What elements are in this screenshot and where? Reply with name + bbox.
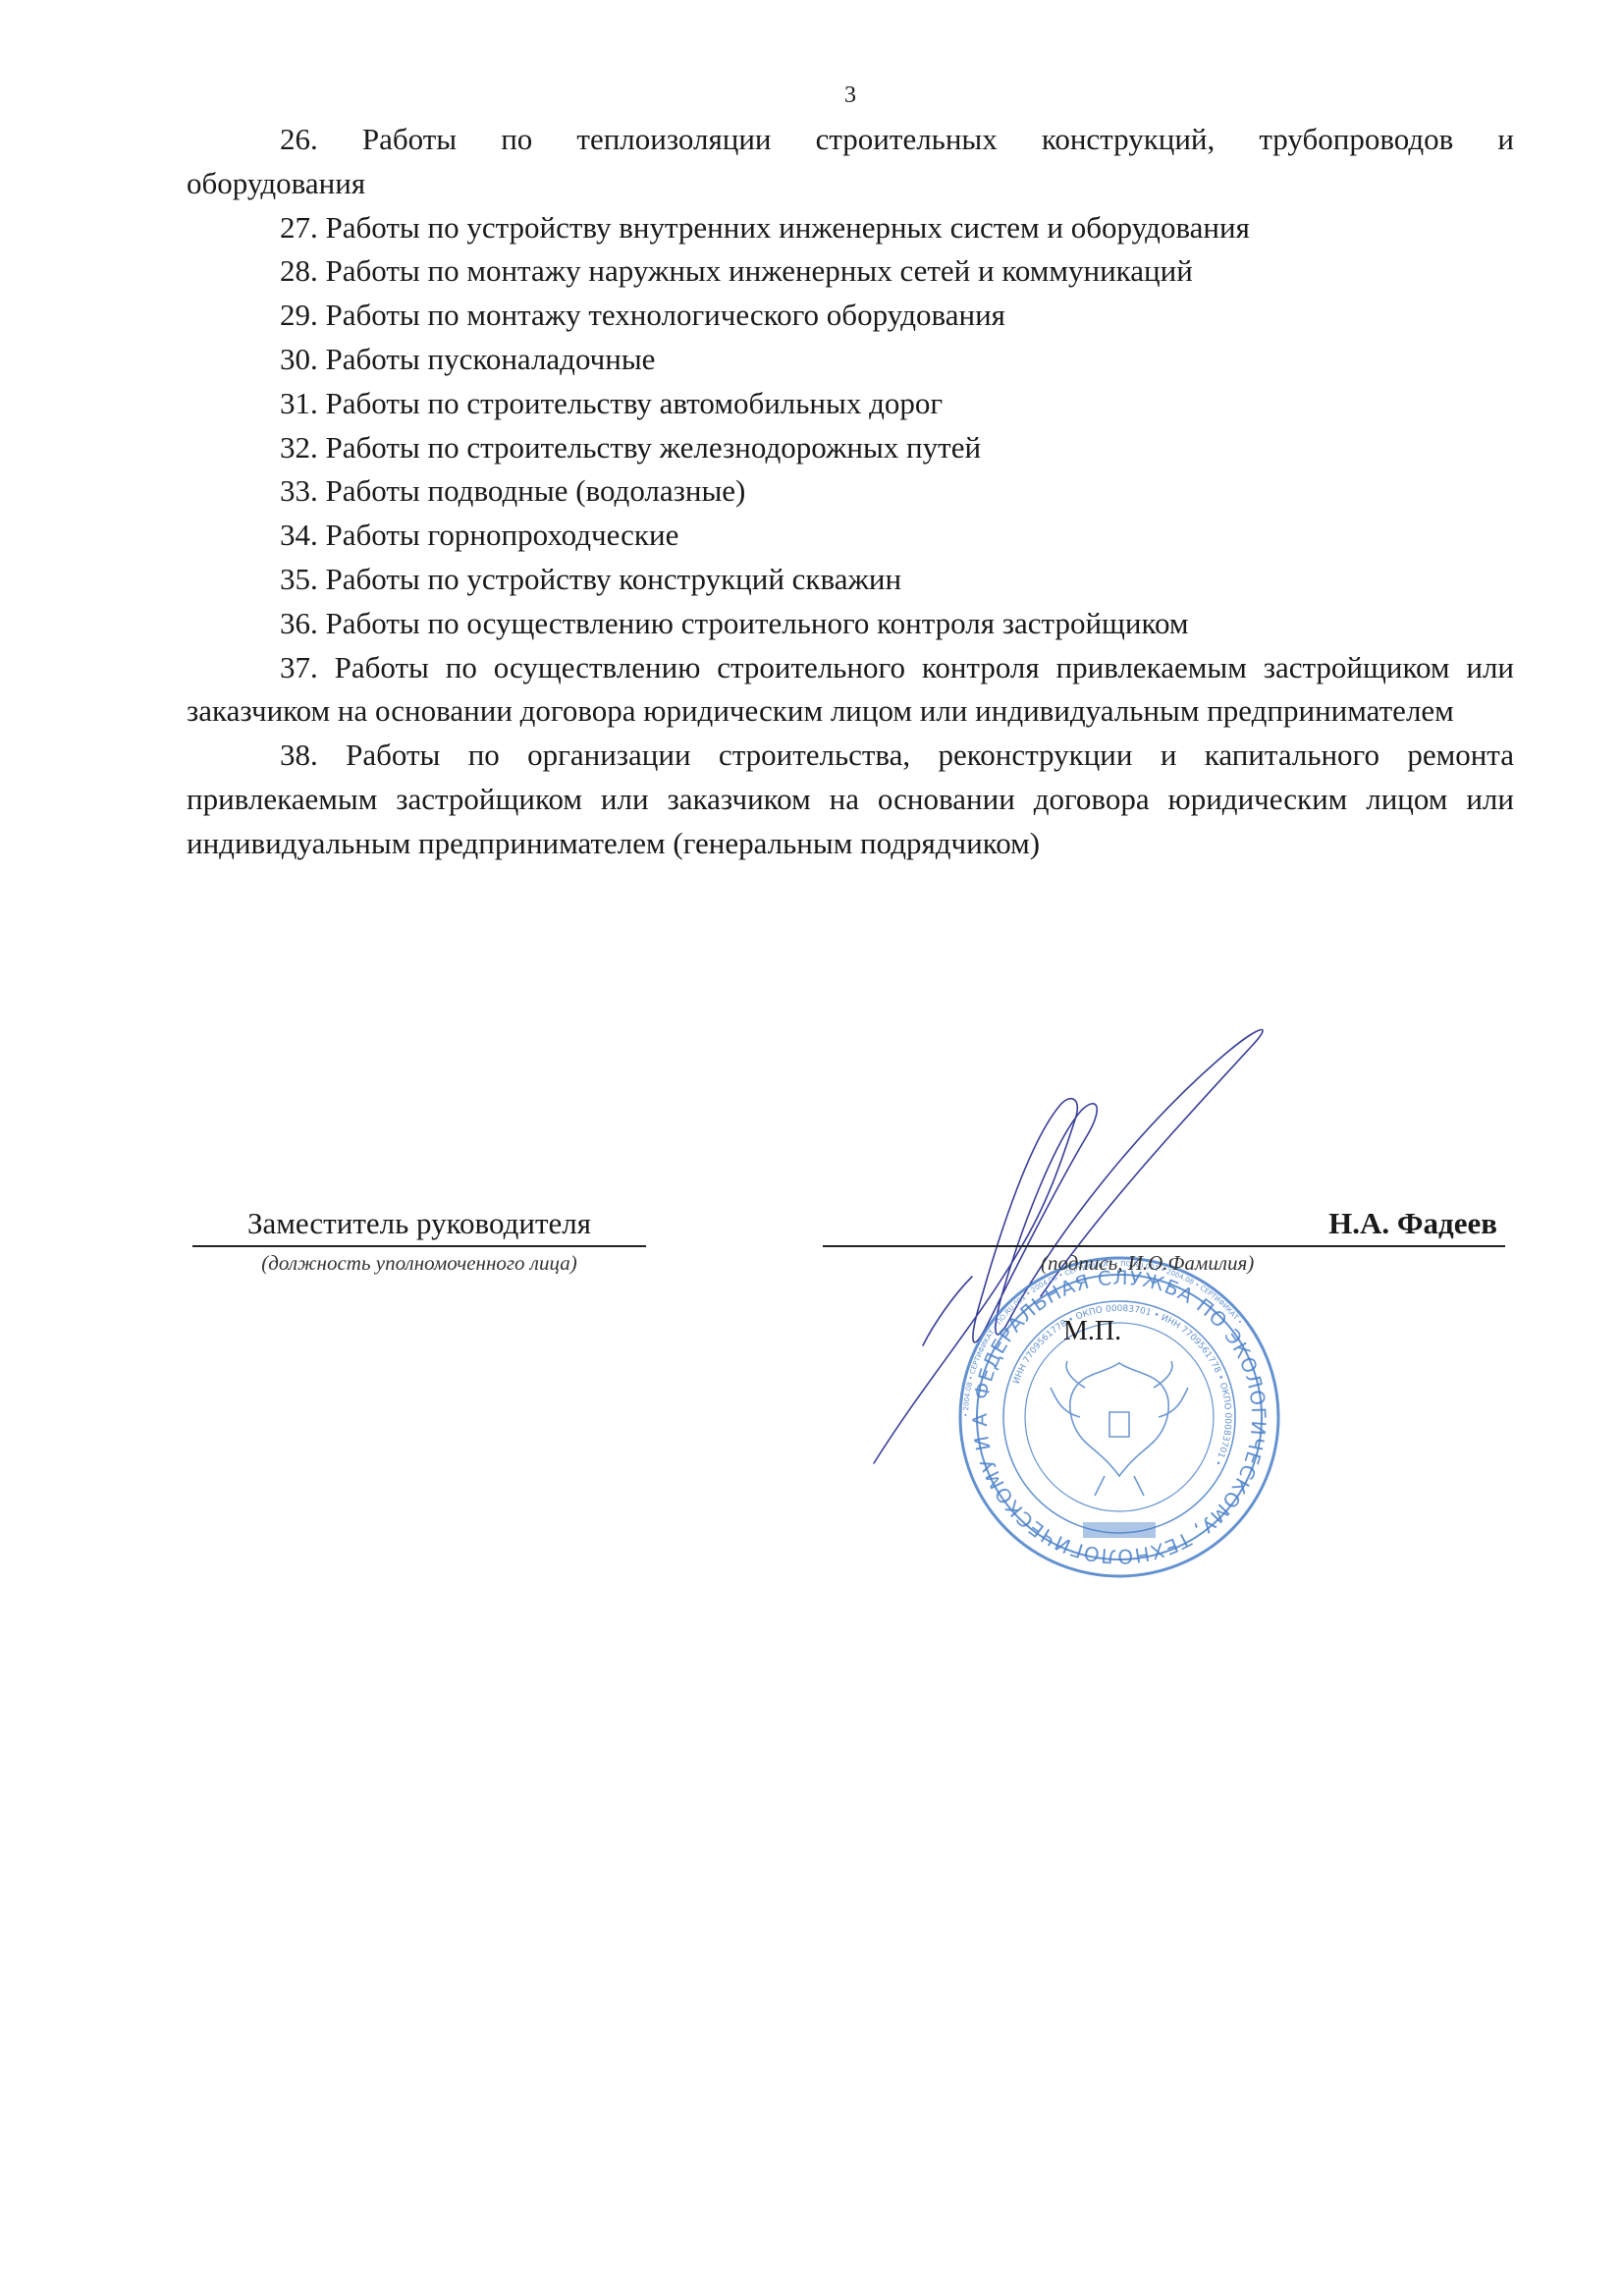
list-item: 38. Работы по организации строительства,…: [187, 734, 1514, 865]
item-number: 34.: [280, 518, 318, 552]
work-types-list: 26. Работы по теплоизоляции строительных…: [187, 118, 1514, 866]
list-item: 28. Работы по монтажу наружных инженерны…: [187, 249, 1514, 294]
item-number: 37.: [280, 650, 318, 684]
item-text: Работы по устройству конструкций скважин: [326, 562, 902, 596]
item-number: 27.: [280, 210, 318, 245]
item-text: Работы пусконаладочные: [326, 342, 656, 376]
item-number: 29.: [280, 298, 318, 332]
position-caption: (должность уполномоченного лица): [192, 1251, 646, 1276]
list-item: 34. Работы горнопроходческие: [187, 514, 1514, 558]
item-text: Работы по устройству внутренних инженерн…: [326, 210, 1250, 245]
item-text: Работы по монтажу наружных инженерных се…: [326, 253, 1193, 288]
item-number: 36.: [280, 606, 318, 640]
list-item: 31. Работы по строительству автомобильны…: [187, 382, 1514, 426]
signer-name: Н.А. Фадеев: [823, 1204, 1505, 1247]
item-text: Работы подводные (водолазные): [326, 473, 746, 508]
list-item: 32. Работы по строительству железнодорож…: [187, 426, 1514, 470]
item-number: 35.: [280, 562, 318, 596]
item-text: Работы по осуществлению строительного ко…: [187, 650, 1514, 729]
item-number: 31.: [280, 386, 318, 420]
item-text: Работы по монтажу технологического обору…: [326, 298, 1005, 332]
item-number: 32.: [280, 430, 318, 465]
position-block: Заместитель руководителя (должность упол…: [192, 1204, 646, 1276]
position-title: Заместитель руководителя: [192, 1204, 646, 1247]
item-number: 28.: [280, 253, 318, 288]
seal-label: М.П.: [1063, 1316, 1121, 1347]
item-number: 30.: [280, 342, 318, 376]
item-text: Работы по осуществлению строительного ко…: [326, 606, 1189, 640]
list-item: 36. Работы по осуществлению строительног…: [187, 602, 1514, 646]
item-number: 33.: [280, 473, 318, 508]
official-seal-stamp: ФЕДЕРАЛЬНАЯ СЛУЖБА ПО ЭКОЛОГИЧЕСКОМУ, ТЕ…: [957, 1255, 1281, 1579]
list-item: 30. Работы пусконаладочные: [187, 338, 1514, 382]
item-text: Работы по теплоизоляции строительных кон…: [187, 122, 1514, 200]
item-text: Работы горнопроходческие: [326, 518, 679, 552]
item-number: 26.: [280, 122, 318, 156]
list-item: 26. Работы по теплоизоляции строительных…: [187, 118, 1514, 206]
item-text: Работы по строительству железнодорожных …: [326, 430, 982, 465]
item-text: Работы по строительству автомобильных до…: [326, 386, 944, 420]
list-item: 33. Работы подводные (водолазные): [187, 469, 1514, 514]
list-item: 27. Работы по устройству внутренних инже…: [187, 206, 1514, 250]
list-item: 35. Работы по устройству конструкций скв…: [187, 558, 1514, 602]
item-text: Работы по организации строительства, рек…: [187, 738, 1514, 860]
item-number: 38.: [280, 738, 318, 772]
signer-caption: (подпись, И.О.Фамилия): [823, 1251, 1505, 1276]
list-item: 29. Работы по монтажу технологического о…: [187, 294, 1514, 338]
list-item: 37. Работы по осуществлению строительног…: [187, 646, 1514, 735]
signer-block: Н.А. Фадеев (подпись, И.О.Фамилия): [823, 1204, 1505, 1276]
page-number: 3: [0, 82, 1622, 109]
